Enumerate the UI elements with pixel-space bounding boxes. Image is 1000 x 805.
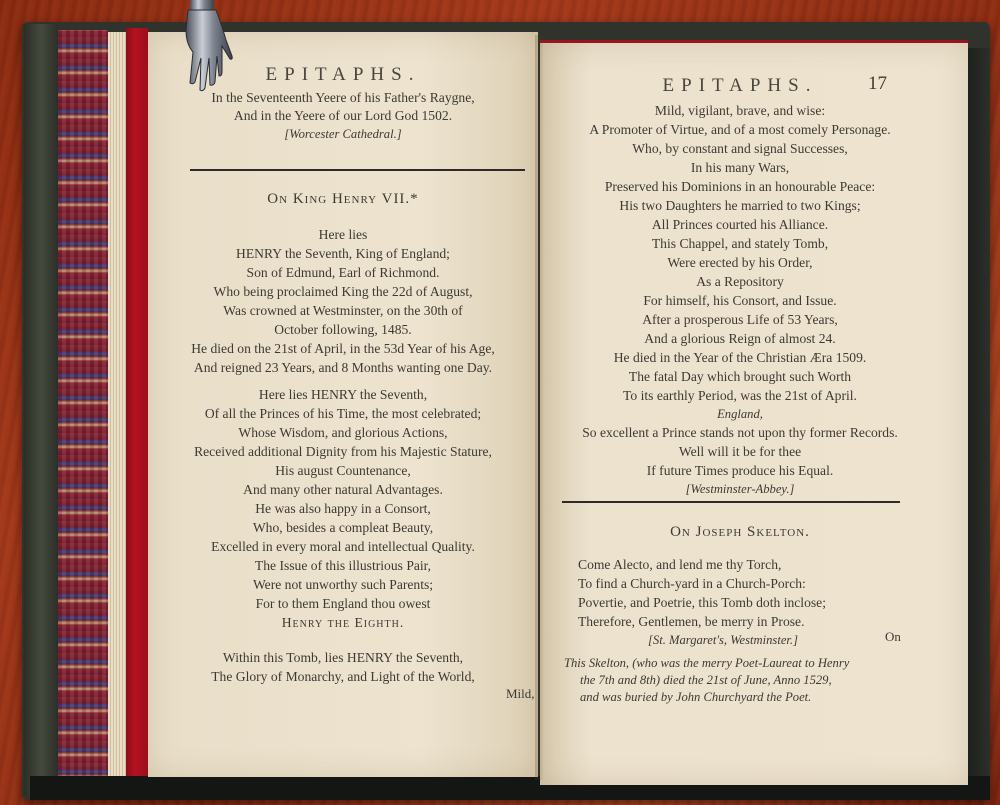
verse-line: Received additional Dignity from his Maj…	[148, 442, 538, 461]
hand-bookmark-icon	[172, 0, 236, 95]
verse-line: Were not unworthy such Parents;	[148, 575, 538, 594]
verse-line: Come Alecto, and lend me thy Torch,	[578, 555, 781, 574]
left-page: EPITAPHS. In the Seventeenth Yeere of hi…	[148, 32, 538, 777]
right-cover-edge	[968, 48, 990, 780]
source-st-margarets: [St. Margaret's, Westminster.]	[648, 631, 798, 649]
verse-line: He died in the Year of the Christian Æra…	[540, 348, 940, 367]
verse-line: Who, besides a compleat Beauty,	[148, 518, 538, 537]
catchword-right: On	[885, 629, 901, 645]
book-gutter	[535, 35, 543, 780]
verse-line: Well will it be for thee	[540, 442, 940, 461]
book-spine	[24, 24, 58, 796]
intro-source: [Worcester Cathedral.]	[148, 125, 538, 143]
verse-line: After a prosperous Life of 53 Years,	[540, 310, 940, 329]
verse-line: And many other natural Advantages.	[148, 480, 538, 499]
verse-line: For himself, his Consort, and Issue.	[540, 291, 940, 310]
catchword-left: Mild,	[506, 686, 535, 702]
section-divider	[190, 169, 525, 171]
verse-line: All Princes courted his Alliance.	[540, 215, 940, 234]
verse-line: So excellent a Prince stands not upon th…	[540, 423, 940, 442]
page-stack-edge	[108, 32, 128, 777]
verse-line: And a glorious Reign of almost 24.	[540, 329, 940, 348]
verse-line: The Issue of this illustrious Pair,	[148, 556, 538, 575]
verse-line: Was crowned at Westminster, on the 30th …	[148, 301, 538, 320]
verse-line: Here lies	[148, 225, 538, 244]
verse-line: To its earthly Period, was the 21st of A…	[540, 386, 940, 405]
verse-line: To find a Church-yard in a Church-Porch:	[578, 574, 806, 593]
marbled-page-edge	[58, 30, 108, 785]
section-divider	[562, 501, 900, 503]
verse-line: Mild, vigilant, brave, and wise:	[540, 101, 940, 120]
verse-line: Povertie, and Poetrie, this Tomb doth in…	[578, 593, 826, 612]
verse-line: The fatal Day which brought such Worth	[540, 367, 940, 386]
verse-line: He was also happy in a Consort,	[148, 499, 538, 518]
verse-line: Henry the Eighth.	[148, 613, 538, 632]
verse-line: He died on the 21st of April, in the 53d…	[148, 339, 538, 358]
verse-line: Whose Wisdom, and glorious Actions,	[148, 423, 538, 442]
verse-line: His august Countenance,	[148, 461, 538, 480]
verse-line: His two Daughters he married to two King…	[540, 196, 940, 215]
verse-line: Who being proclaimed King the 22d of Aug…	[148, 282, 538, 301]
verse-line: Excelled in every moral and intellectual…	[148, 537, 538, 556]
intro-line-2: And in the Yeere of our Lord God 1502.	[148, 106, 538, 125]
source-westminster-abbey: [Westminster-Abbey.]	[540, 480, 940, 498]
verse-line: Within this Tomb, lies HENRY the Seventh…	[148, 648, 538, 667]
page-number: 17	[868, 73, 887, 95]
verse-line: If future Times produce his Equal.	[540, 461, 940, 480]
verse-line: And reigned 23 Years, and 8 Months wanti…	[148, 358, 538, 377]
verse-line: Here lies HENRY the Seventh,	[148, 385, 538, 404]
apostrophe-england: England,	[540, 405, 940, 423]
verse-line: For to them England thou owest	[148, 594, 538, 613]
verse-line: Were erected by his Order,	[540, 253, 940, 272]
verse-line: Preserved his Dominions in an honourable…	[540, 177, 940, 196]
verse-line: A Promoter of Virtue, and of a most come…	[540, 120, 940, 139]
verse-line: In his many Wars,	[540, 158, 940, 177]
red-ribbon-edge	[126, 28, 148, 778]
verse-line: This Chappel, and stately Tomb,	[540, 234, 940, 253]
verse-line: HENRY the Seventh, King of England;	[148, 244, 538, 263]
section-title-skelton: On Joseph Skelton.	[540, 523, 940, 542]
right-page: EPITAPHS. 17 Mild, vigilant, brave, and …	[540, 40, 968, 785]
verse-line: Therefore, Gentlemen, be merry in Prose.	[578, 612, 804, 631]
verse-line: Of all the Princes of his Time, the most…	[148, 404, 538, 423]
verse-line: As a Repository	[540, 272, 940, 291]
note-line: and was buried by John Churchyard the Po…	[580, 688, 811, 706]
note-line: the 7th and 8th) died the 21st of June, …	[580, 671, 832, 689]
verse-line: Who, by constant and signal Successes,	[540, 139, 940, 158]
section-title-henry: On King Henry VII.*	[148, 190, 538, 209]
verse-line: The Glory of Monarchy, and Light of the …	[148, 667, 538, 686]
note-line: This Skelton, (who was the merry Poet-La…	[564, 654, 849, 672]
verse-line: Son of Edmund, Earl of Richmond.	[148, 263, 538, 282]
verse-line: October following, 1485.	[148, 320, 538, 339]
